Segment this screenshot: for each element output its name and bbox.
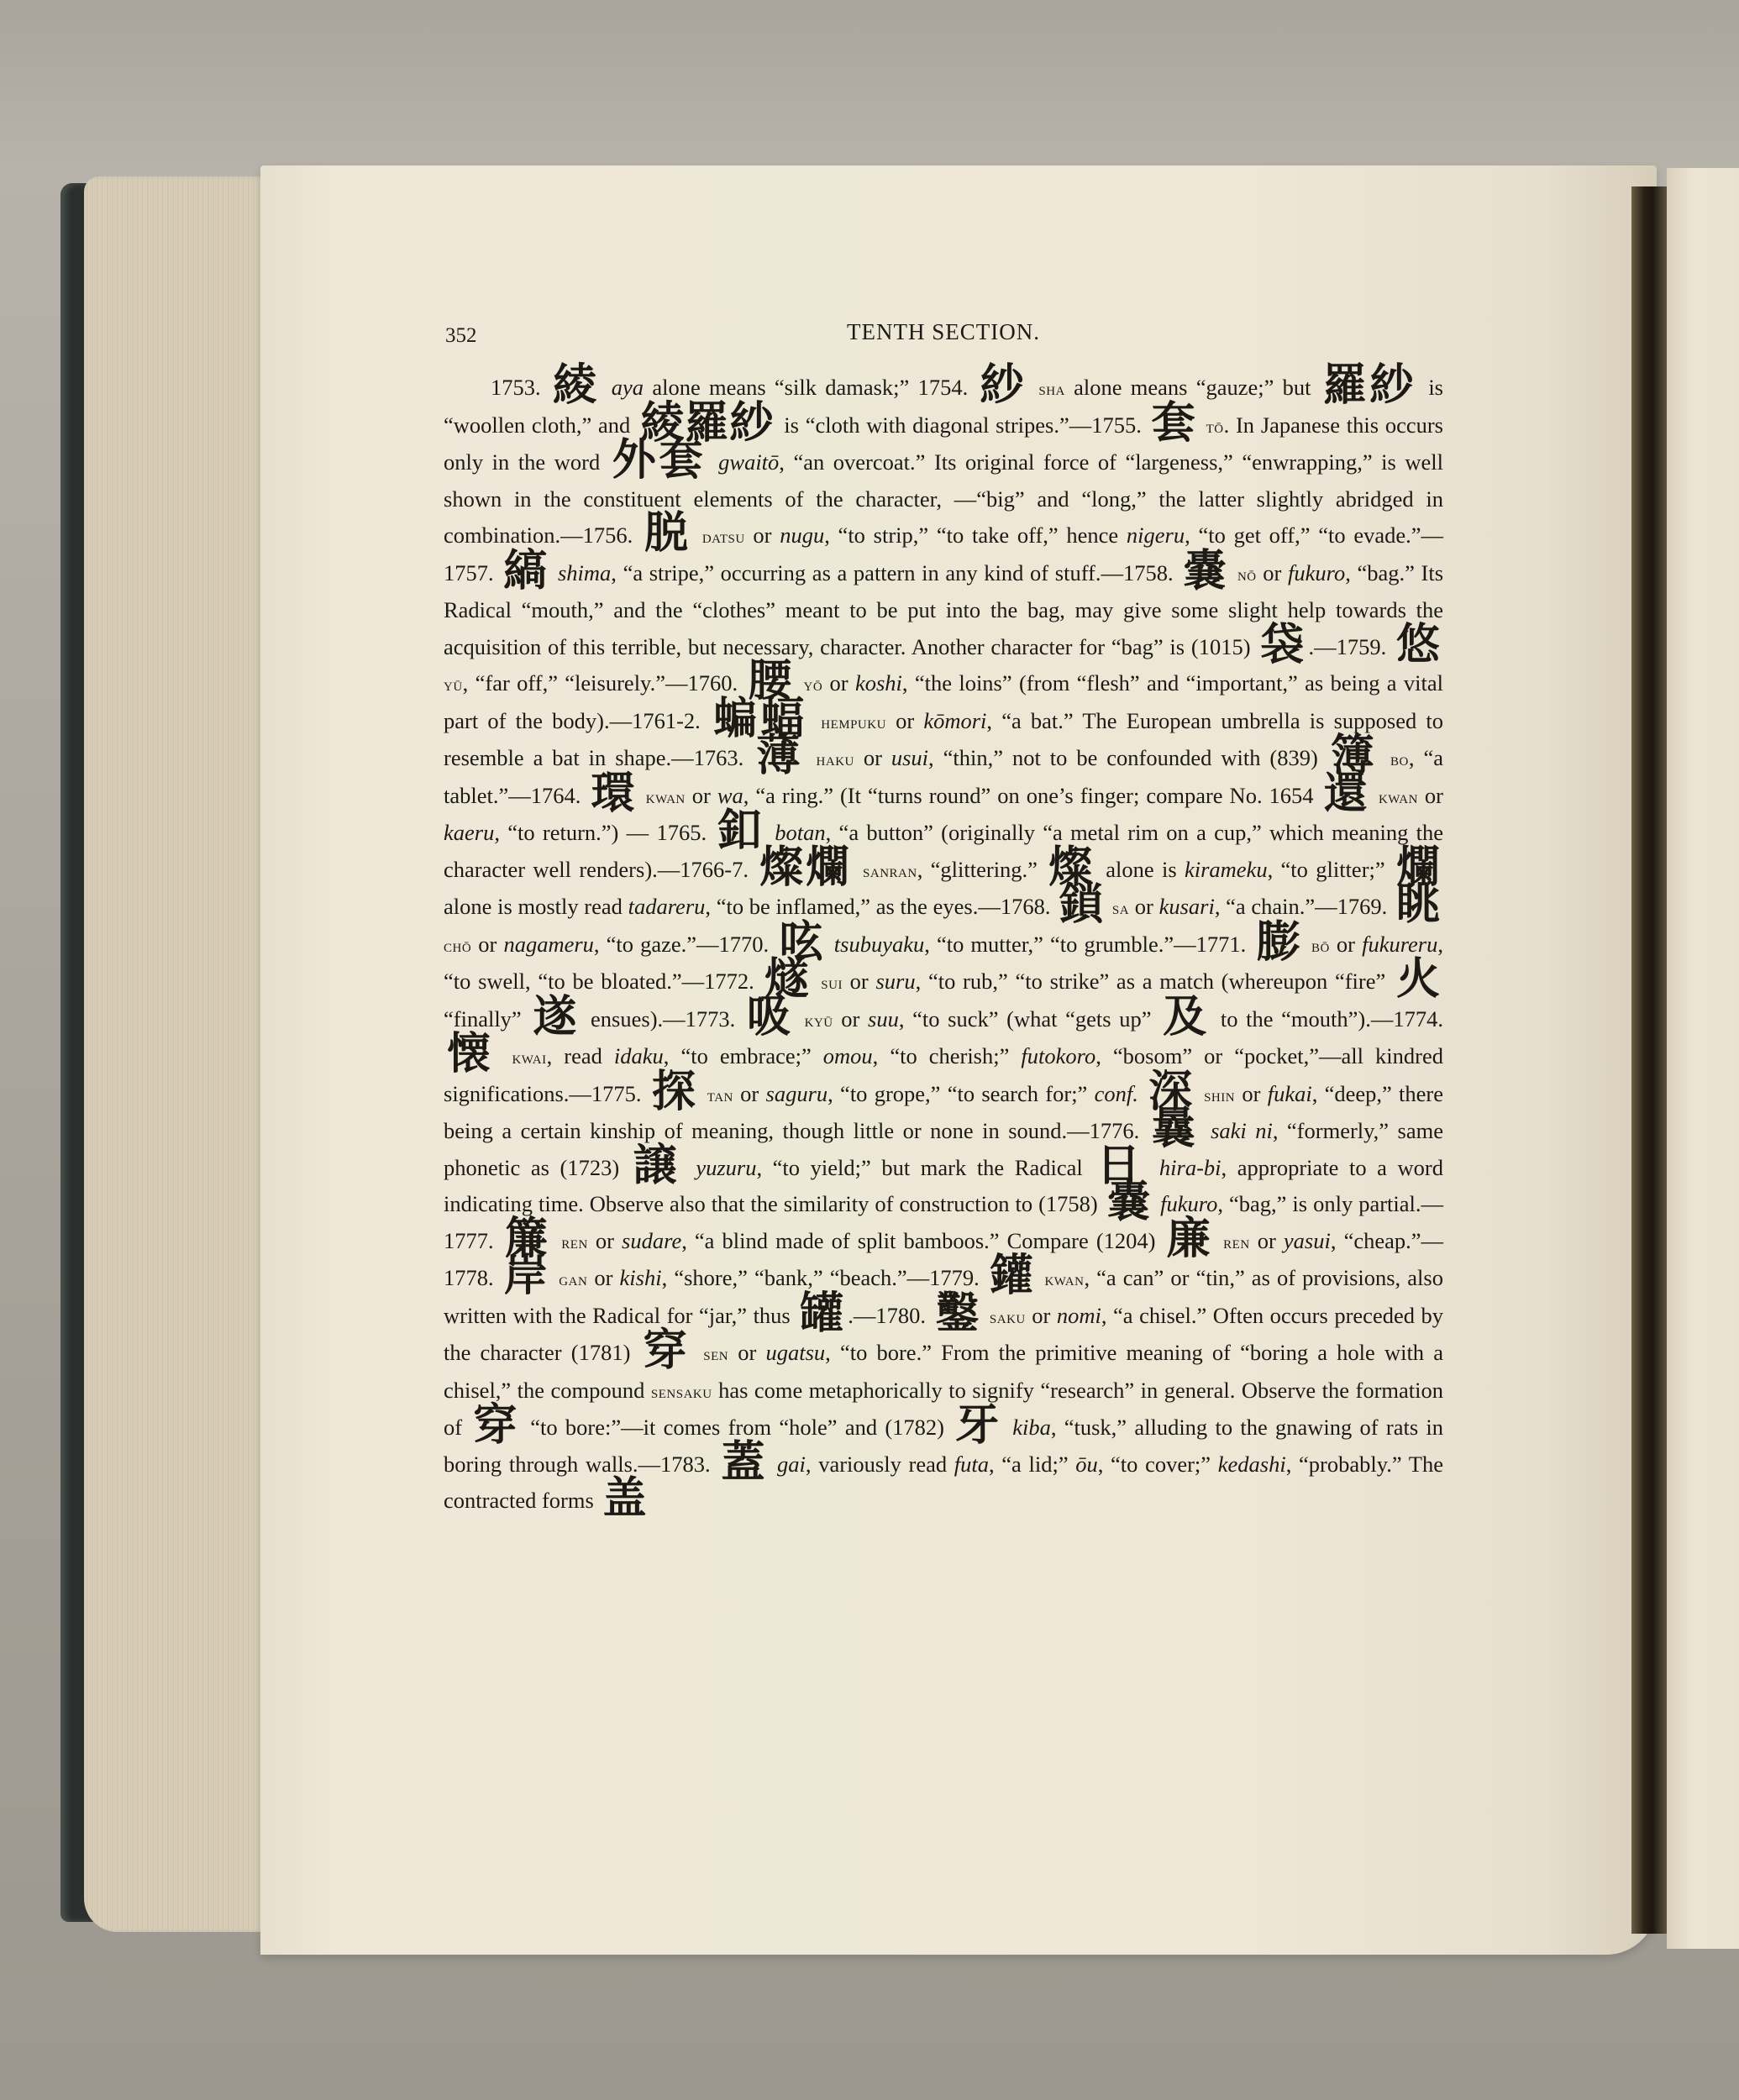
gloss-text: or [728, 1340, 765, 1365]
on-reading: tō [1206, 416, 1224, 437]
gloss-text: or [471, 932, 503, 957]
kanji-character: 悠 [1393, 620, 1443, 670]
entry-number: 1754. [918, 375, 969, 400]
gloss-text: “to bore:”—it comes from “hole” and (178… [523, 1415, 952, 1440]
kanji-character: 燦爛 [756, 843, 854, 893]
running-title: TENTH SECTION. [444, 319, 1443, 345]
kun-reading: shima [558, 560, 611, 585]
gloss-text: , “to rub,” “to strike” as a match (wher… [916, 969, 1393, 994]
gloss-text [1138, 1081, 1145, 1106]
gloss-text: or [1026, 1303, 1057, 1328]
kanji-character: 羅紗 [1320, 360, 1420, 411]
gloss-text: or [745, 522, 780, 548]
on-reading: hempuku [821, 711, 886, 732]
gloss-text: , “to suck” (what “gets up” [899, 1006, 1159, 1032]
kanji-character: 套 [1148, 398, 1200, 449]
kun-reading: yuzuru [696, 1155, 756, 1180]
kanji-character: 紗 [976, 360, 1030, 411]
book-gutter [1631, 186, 1667, 1934]
on-reading: bo [1390, 748, 1409, 769]
kun-reading: hira-bi [1159, 1155, 1222, 1180]
gloss-text: “finally” [444, 1006, 529, 1032]
kanji-character: 遂 [529, 992, 582, 1042]
kun-reading: suu [868, 1006, 899, 1032]
gloss-text: ensues).—1773. [582, 1006, 743, 1032]
kun-reading: kōmori [923, 708, 986, 733]
gloss-text: or [588, 1228, 622, 1253]
on-reading: datsu [702, 526, 745, 547]
gloss-text: , “glittering.” [917, 857, 1046, 882]
kun-reading: koshi [855, 670, 902, 696]
gloss-text: , “to strip,” “to take off,” hence [824, 522, 1127, 548]
kun-reading: nugu [780, 522, 824, 548]
gloss-text: , “a chain.”—1769. [1215, 894, 1393, 919]
gloss-text: .—1759. [1308, 634, 1393, 659]
on-reading: kwan [1044, 1268, 1084, 1289]
kun-reading: nomi [1057, 1303, 1101, 1328]
kanji-character: 吸 [743, 992, 796, 1042]
kanji-character: 還 [1321, 769, 1372, 819]
kanji-character: 穿 [470, 1400, 523, 1451]
on-reading: shin [1204, 1084, 1235, 1105]
kun-reading: omou [823, 1043, 873, 1068]
gloss-text: or [733, 1081, 766, 1106]
kanji-character: 膨 [1253, 917, 1304, 968]
kanji-character: 外套 [609, 435, 710, 486]
kun-reading: kaeru [444, 820, 494, 845]
kun-reading: fukuro [1160, 1191, 1217, 1216]
gloss-text: or [1235, 1081, 1268, 1106]
on-reading: kwan [646, 786, 686, 807]
kun-reading: idaku [614, 1043, 664, 1068]
kanji-character: 廉 [1164, 1214, 1216, 1264]
gloss-text: or [1257, 560, 1288, 585]
on-reading: chō [444, 935, 471, 956]
kanji-character: 鑵 [986, 1251, 1038, 1301]
kanji-character: 綾 [549, 360, 603, 411]
kun-reading: nagameru [503, 932, 593, 957]
kun-reading: kiba [1012, 1415, 1051, 1440]
kanji-character: 火 [1393, 954, 1443, 1005]
gloss-text: , variously read [806, 1452, 954, 1477]
gloss-text: , “a ring.” (It “turns round” on one’s f… [743, 783, 1321, 808]
on-reading: sui [821, 972, 843, 993]
kun-reading: nigeru [1127, 522, 1185, 548]
gloss-text: , “to cover;” [1098, 1452, 1218, 1477]
kanji-character: 牙 [952, 1400, 1005, 1451]
on-reading: ren [1223, 1231, 1250, 1252]
gloss-text: or [886, 708, 923, 733]
entry-number: 1753. [491, 375, 541, 400]
gloss-text: , “thin,” not to be confounded with (839… [928, 745, 1327, 770]
gloss-text: or [833, 1006, 868, 1032]
gloss-text: to the “mouth”).—1774. [1212, 1006, 1443, 1032]
gloss-text: or [1418, 783, 1443, 808]
kanji-character: 岸 [501, 1251, 552, 1301]
kun-reading: fukureru [1362, 932, 1437, 957]
on-reading: sen [703, 1343, 728, 1364]
kanji-character: 穿 [640, 1326, 695, 1376]
gloss-text: , “to gaze.”—1770. [594, 932, 775, 957]
gloss-text: alone means “gauze;” but [1065, 375, 1320, 400]
kun-reading: futa [954, 1452, 989, 1477]
kun-reading: botan [775, 820, 825, 845]
on-reading: nō [1237, 564, 1257, 585]
kun-reading: tsubuyaku [834, 932, 924, 957]
gloss-text: , “a blind made of split bamboos.” Compa… [681, 1228, 1163, 1253]
gloss-text: , “a lid;” [989, 1452, 1075, 1477]
kanji-character: 眺 [1393, 879, 1443, 930]
kun-reading: aya [612, 375, 644, 400]
on-reading: sanran [863, 860, 917, 881]
kun-reading: wa [717, 783, 743, 808]
gloss-text: , “to yield;” but mark the Radical [756, 1155, 1093, 1180]
kanji-character: 脱 [641, 508, 694, 559]
on-reading: kwai [512, 1047, 546, 1068]
kun-reading: conf. [1095, 1081, 1138, 1106]
kanji-character: 罐 [796, 1289, 848, 1339]
kun-reading: sudare [622, 1228, 681, 1253]
kun-reading: suru [875, 969, 915, 994]
gloss-text: , “shore,” “bank,” “beach.”—1779. [662, 1265, 986, 1290]
gloss-text: , read [547, 1043, 614, 1068]
kun-reading: ugatsu [765, 1340, 825, 1365]
on-reading: tan [707, 1084, 733, 1105]
kun-reading: usui [891, 745, 928, 770]
kanji-character: 環 [587, 769, 638, 819]
kun-reading: saguru [766, 1081, 828, 1106]
gloss-text: , “to be inflamed,” as the eyes.—1768. [705, 894, 1056, 919]
page-stack-edge [84, 176, 273, 1932]
on-reading: kwan [1379, 786, 1418, 807]
on-reading: sha [1038, 378, 1065, 399]
kanji-character: 曩 [1148, 1104, 1202, 1154]
kun-reading: kedashi [1218, 1452, 1286, 1477]
gloss-text: , “a stripe,” occurring as a pattern in … [611, 560, 1179, 585]
gloss-text: is “cloth with diagonal stripes.”—1755. [778, 412, 1148, 438]
gloss-text: , “to glitter;” [1268, 857, 1393, 882]
gloss-text: , “to cherish;” [873, 1043, 1022, 1068]
body-text: 1753. 綾 aya alone means “silk damask;” 1… [444, 370, 1443, 1520]
kun-reading: gai [777, 1452, 806, 1477]
gloss-text: or [1330, 932, 1362, 957]
kanji-character: 嚢 [1179, 546, 1231, 596]
kun-reading: futokoro [1021, 1043, 1095, 1068]
on-reading: saku [990, 1306, 1026, 1327]
gloss-text: , “to grope,” “to search for;” [827, 1081, 1094, 1106]
kun-reading: saki ni [1211, 1118, 1273, 1143]
kanji-character: 譲 [630, 1141, 686, 1191]
on-reading: kyū [805, 1010, 833, 1031]
on-reading: haku [817, 748, 854, 769]
gloss-text: or [1250, 1228, 1284, 1253]
on-reading: sa [1112, 897, 1129, 918]
facing-page-edge [1667, 168, 1739, 1949]
gloss-text: , “far off,” “leisurely.”—1760. [463, 670, 745, 696]
gloss-text: or [843, 969, 876, 994]
gloss-text: .—1780. [848, 1303, 932, 1328]
on-reading: yō [804, 674, 823, 695]
kun-reading: gwaitō [718, 449, 779, 475]
gloss-text: or [854, 745, 891, 770]
on-reading: sensaku [651, 1381, 712, 1402]
kanji-character: 縞 [500, 546, 551, 596]
gloss-text: or [1129, 894, 1158, 919]
gloss-text: or [587, 1265, 619, 1290]
on-reading: bō [1311, 935, 1330, 956]
kun-reading: kirameku [1185, 857, 1268, 882]
kanji-character: 鎖 [1056, 879, 1106, 930]
kun-reading: tadareru [628, 894, 706, 919]
kun-reading: yasui [1284, 1228, 1331, 1253]
kanji-character: 盖 [599, 1473, 649, 1524]
kanji-character: 及 [1159, 992, 1212, 1042]
on-reading: yū [444, 674, 463, 695]
dictionary-paragraph: 1753. 綾 aya alone means “silk damask;” 1… [444, 370, 1443, 1520]
kun-reading: ōu [1075, 1452, 1098, 1477]
gloss-text: or [822, 670, 855, 696]
gloss-text: alone means “silk damask;” [644, 375, 918, 400]
kun-reading: fukai [1268, 1081, 1312, 1106]
gloss-text: , “to mutter,” “to grumble.”—1771. [924, 932, 1253, 957]
kanji-character: 懐 [444, 1029, 500, 1079]
kanji-character: 鑿 [932, 1289, 983, 1339]
on-reading: ren [561, 1231, 588, 1252]
page-header: 352 TENTH SECTION. [444, 318, 1443, 351]
gloss-text: , “to return.”) — 1765. [494, 820, 714, 845]
kanji-character: 探 [649, 1067, 701, 1117]
kanji-character: 薄 [753, 731, 806, 781]
gloss-text: or [686, 783, 717, 808]
kanji-character: 袋 [1257, 620, 1308, 670]
gloss-text: alone is [1098, 857, 1185, 882]
kun-reading: kusari [1159, 894, 1215, 919]
on-reading: gan [559, 1268, 587, 1289]
gloss-text: , “to embrace;” [664, 1043, 823, 1068]
gloss-text: alone is mostly read [444, 894, 628, 919]
kanji-character: 嚢 [1104, 1177, 1154, 1227]
kanji-character: 蓋 [717, 1437, 770, 1488]
kun-reading: fukuro [1288, 560, 1345, 585]
kun-reading: kishi [620, 1265, 662, 1290]
